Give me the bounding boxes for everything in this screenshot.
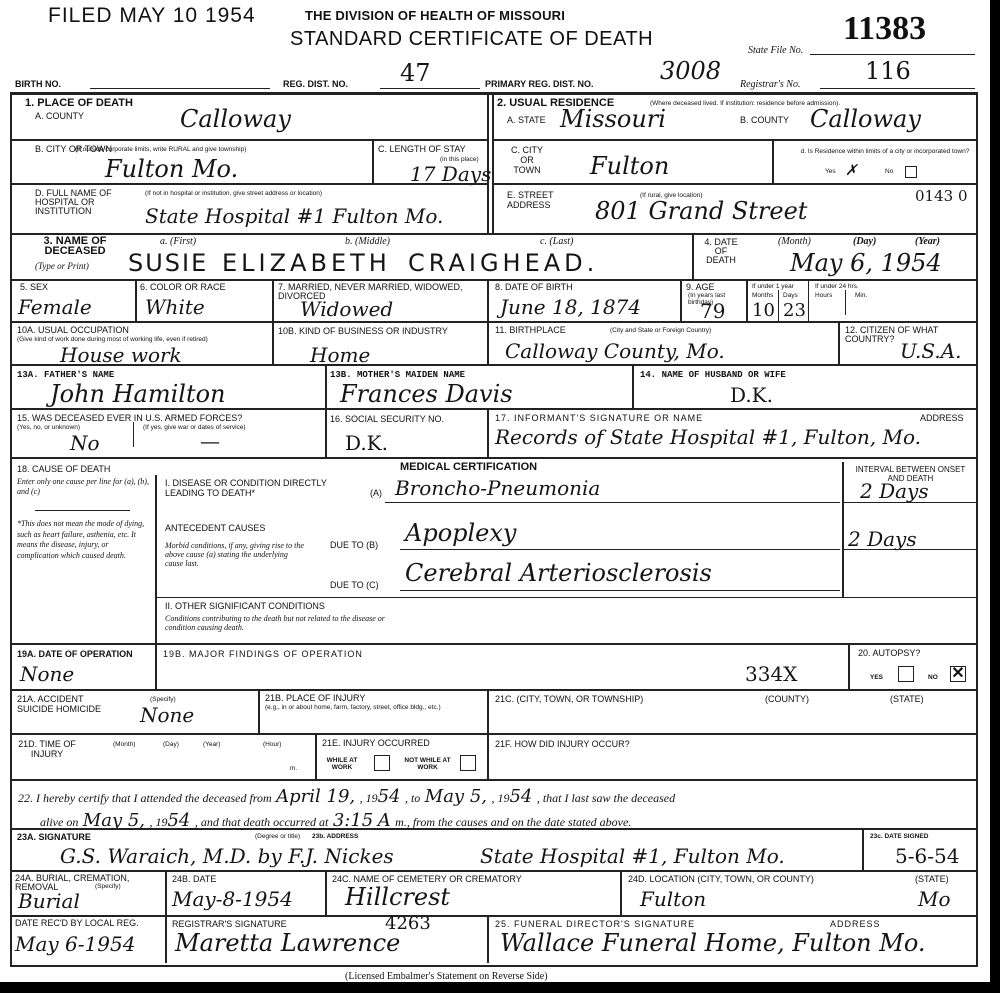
dod-day-label: (Day) — [853, 237, 876, 246]
min-label: Min. — [855, 292, 867, 299]
reg-dist-label: REG. DIST. NO. — [283, 80, 348, 89]
divider — [380, 88, 480, 89]
hospital-name: State Hospital #1 Fulton Mo. — [145, 205, 443, 227]
antecedent-label: ANTECEDENT CAUSES — [165, 524, 265, 533]
not-at-work-checkbox[interactable] — [460, 755, 476, 771]
first-name: SUSIE — [128, 252, 208, 274]
medical-cert-label: MEDICAL CERTIFICATION — [400, 463, 537, 472]
armed-forces-label: 15. WAS DECEASED EVER IN U.S. ARMED FORC… — [17, 414, 242, 423]
attended-to-year: 54 — [509, 786, 532, 807]
divider — [820, 88, 975, 89]
yes-label: Yes — [825, 168, 836, 175]
cert-text: 22. I hereby certify that I attended the… — [18, 791, 272, 805]
divider — [12, 279, 976, 281]
race: White — [145, 296, 205, 318]
frame-bottom — [10, 965, 978, 967]
divider — [385, 502, 840, 503]
date-signed-label: 23c. DATE SIGNED — [870, 833, 928, 840]
divider — [810, 54, 975, 55]
divider — [272, 321, 274, 364]
res-state: Missouri — [560, 108, 666, 130]
divider — [487, 321, 489, 364]
accident-specify-label: (Specify) — [150, 696, 176, 703]
business-label: 10b. KIND OF BUSINESS OR INDUSTRY — [278, 326, 478, 336]
name-label: 3. NAME OF DECEASED — [25, 236, 125, 256]
funeral-director: Wallace Funeral Home, Fulton Mo. — [500, 932, 925, 954]
divider — [632, 364, 634, 408]
length-of-stay: 17 Days — [410, 163, 491, 185]
registrar-no-value: 116 — [865, 60, 911, 82]
occupation-label: 10a. USUAL OCCUPATION — [17, 326, 129, 335]
mother-label: 13b. MOTHER'S MAIDEN NAME — [330, 371, 465, 380]
divider — [692, 233, 694, 280]
divider — [12, 689, 976, 691]
cert-text: , that I last saw the deceased — [537, 791, 675, 805]
name-note: (Type or Print) — [35, 262, 89, 271]
divider — [12, 321, 976, 323]
classification-code: 334X — [745, 663, 797, 685]
divider — [492, 95, 494, 235]
divider — [12, 183, 487, 185]
date-of-death: May 6, 1954 — [790, 252, 942, 274]
date-of-birth: June 18, 1874 — [500, 296, 641, 318]
age-days: 23 — [783, 300, 806, 322]
divider — [35, 510, 130, 511]
divider — [838, 321, 840, 364]
primary-reg-dist-value: 3008 — [660, 60, 721, 82]
divider — [258, 689, 260, 733]
funeral-director-address-label: ADDRESS — [830, 920, 881, 929]
divider — [845, 290, 846, 315]
registrar-code: 4263 — [385, 913, 431, 935]
cause-c: Cerebral Arteriosclerosis — [405, 562, 712, 584]
injury-occurred-label: 21e. INJURY OCCURRED — [322, 739, 430, 748]
informant: Records of State Hospital #1, Fulton, Mo… — [495, 426, 921, 448]
divider — [778, 290, 779, 321]
divider — [12, 364, 976, 366]
occupation-note: (Give kind of work done during most of w… — [17, 336, 262, 343]
hospital-note: (If not in hospital or institution, give… — [145, 190, 322, 197]
cert-address: State Hospital #1, Fulton Mo. — [480, 845, 785, 867]
location-label: 24d. LOCATION (City, town, or county) — [628, 875, 814, 884]
funeral-director-label: 25. FUNERAL DIRECTOR'S SIGNATURE — [495, 920, 695, 929]
informant-address-label: ADDRESS — [920, 414, 964, 423]
sex-label: 5. SEX — [20, 283, 48, 292]
cert-text: , 19 — [491, 791, 509, 805]
divider — [325, 870, 327, 915]
cert-text: alive on — [40, 815, 78, 829]
attended-from-date: April 19, — [276, 786, 355, 807]
attended-from-year: 54 — [378, 786, 401, 807]
physician-signature: G.S. Waraich, M.D. by F.J. Nickes — [60, 845, 394, 867]
divider — [12, 870, 976, 872]
accident-type: None — [140, 704, 194, 726]
divider — [155, 643, 157, 690]
birthplace-note: (City and State or Foreign Country) — [610, 327, 711, 334]
cause-footnote: *This does not mean the mode of dying, s… — [17, 519, 152, 561]
birthplace: Calloway County, Mo. — [505, 340, 725, 362]
age-label: 9. AGE — [686, 283, 715, 292]
divider — [848, 643, 850, 690]
divider — [12, 915, 976, 917]
divider — [808, 279, 809, 321]
burial-state-label: (State) — [915, 875, 949, 884]
ssn: D.K. — [345, 432, 388, 454]
part2-note: Conditions contributing to the death but… — [165, 614, 395, 632]
document-title: STANDARD CERTIFICATE OF DEATH — [290, 28, 653, 51]
divider — [842, 502, 976, 503]
cause-b: Apoplexy — [405, 522, 516, 544]
divider — [272, 279, 274, 321]
cert-text: , 19 — [360, 791, 378, 805]
frame-right — [976, 92, 978, 967]
date-of-death-label: 4. DATE OF DEATH — [700, 238, 742, 265]
divider — [400, 549, 840, 550]
accident-label: 21a. ACCIDENT SUICIDE HOMICIDE — [17, 694, 117, 714]
cause-a-label: (a) — [370, 489, 382, 498]
injury-county-label: (COUNTY) — [765, 695, 809, 704]
county-label: a. COUNTY — [35, 112, 84, 121]
divider — [620, 870, 622, 915]
armed-forces: No — [70, 432, 100, 454]
injury-place-label: 21b. PLACE OF INJURY — [265, 694, 365, 703]
registrar-signature-label: REGISTRAR'S SIGNATURE — [172, 920, 287, 929]
burial-state: Mo — [918, 888, 951, 910]
father-name: John Hamilton — [50, 383, 226, 405]
race-label: 6. COLOR OR RACE — [140, 283, 226, 292]
armed-forces-note: (Yes, no, or unknown) — [17, 424, 80, 431]
frame-top — [10, 92, 978, 95]
signature-label: 23a. SIGNATURE — [17, 833, 91, 842]
middle-name: ELIZABETH — [222, 252, 391, 274]
autopsy-yes-label: YES — [870, 674, 883, 681]
divider — [400, 590, 840, 591]
divider — [155, 597, 976, 598]
age-months: 10 — [752, 300, 775, 322]
divider — [12, 828, 976, 830]
dod-month-label: (Month) — [778, 237, 811, 246]
burial-date-label: 24b. DATE — [172, 875, 216, 884]
death-certificate: FILED MAY 10 1954 THE DIVISION OF HEALTH… — [0, 0, 990, 993]
disposition-note: (Specify) — [95, 883, 121, 890]
hours-label: Hours — [815, 292, 832, 299]
informant-label: 17. INFORMANT'S SIGNATURE OR NAME — [495, 414, 703, 423]
rec-date: May 6-1954 — [15, 933, 135, 955]
death-county: Calloway — [180, 108, 291, 130]
birth-no-line — [90, 88, 270, 89]
injury-hour-label: (Hour) — [263, 741, 281, 748]
interval-a: 2 Days — [860, 480, 929, 502]
death-city: Fulton Mo. — [105, 158, 238, 180]
registrar-no-label: Registrar's No. — [740, 79, 800, 90]
no-label: No — [885, 168, 893, 175]
cause-note: Enter only one cause per line for (a), (… — [17, 477, 152, 497]
armed-forces-service: — — [200, 430, 220, 452]
injury-day-label: (Day) — [163, 741, 179, 748]
divider — [155, 475, 157, 645]
operation-date: None — [20, 663, 74, 685]
res-state-label: a. STATE — [507, 116, 546, 125]
divider — [12, 733, 976, 735]
divider — [12, 408, 976, 410]
at-work-label: WHILE AT WORK — [322, 757, 362, 771]
business: Home — [310, 344, 370, 366]
injury-year-label: (Year) — [203, 741, 220, 748]
divider — [372, 139, 374, 183]
months-label: Months — [752, 292, 773, 299]
within-limits-no-checkbox[interactable] — [905, 166, 917, 178]
age-years: 79 — [700, 300, 725, 322]
dob-label: 8. DATE OF BIRTH — [495, 283, 573, 292]
frame-left — [10, 92, 12, 967]
divider — [315, 733, 317, 779]
divider — [325, 408, 327, 458]
cemetery: Hillcrest — [345, 886, 450, 908]
divider — [135, 279, 137, 321]
divider — [492, 183, 976, 185]
citizenship: U.S.A. — [900, 340, 962, 362]
within-limits-yes-mark: ✗ — [845, 161, 858, 179]
ssn-label: 16. SOCIAL SECURITY NO. — [330, 414, 480, 424]
antecedent-note: Morbid conditions, if any, giving rise t… — [165, 541, 305, 568]
divider — [487, 915, 489, 963]
hospital-label: d. FULL NAME OF HOSPITAL OR INSTITUTION — [35, 189, 145, 216]
autopsy-label: 20. AUTOPSY? — [858, 649, 920, 658]
injury-m-label: m. — [290, 765, 297, 772]
interval-b: 2 Days — [848, 528, 917, 550]
cert-text: , 19 — [149, 815, 167, 829]
divider — [842, 549, 976, 550]
first-name-label: a. (First) — [160, 237, 196, 246]
res-county-label: b. COUNTY — [740, 116, 789, 125]
birth-no-label: BIRTH NO. — [15, 80, 61, 89]
cert-address-label: 23b. ADDRESS — [312, 833, 358, 840]
divider — [842, 462, 844, 597]
injury-time-label: 21d. TIME OF INJURY — [17, 739, 77, 759]
due-to-c-label: DUE TO (c) — [330, 581, 379, 590]
reverse-side-note: (Licensed Embalmer's Statement on Revers… — [345, 971, 548, 982]
days-label: Days — [783, 292, 798, 299]
autopsy-no-checkbox-checked[interactable]: ✕ — [950, 666, 966, 682]
spouse-name: D.K. — [730, 384, 773, 406]
degree-label: (Degree or title) — [255, 833, 300, 840]
scan-border-right — [990, 0, 1000, 993]
burial-location: Fulton — [640, 888, 706, 910]
father-label: 13a. FATHER'S NAME — [17, 371, 114, 380]
last-name: CRAIGHEAD. — [408, 252, 598, 274]
place-of-death-label: 1. PLACE OF DEATH — [25, 99, 133, 108]
divider — [492, 139, 976, 141]
operation-date-label: 19a. DATE OF OPERATION — [17, 650, 133, 659]
marital-status: Widowed — [300, 298, 393, 320]
birthplace-label: 11. BIRTHPLACE — [495, 326, 566, 335]
at-work-checkbox[interactable] — [374, 755, 390, 771]
divider — [12, 139, 487, 141]
agency-title: THE DIVISION OF HEALTH OF MISSOURI — [305, 8, 565, 23]
certification-line-1: 22. I hereby certify that I attended the… — [18, 786, 973, 808]
scan-border-bottom — [0, 982, 990, 993]
injury-how-label: 21f. HOW DID INJURY OCCUR? — [495, 740, 630, 749]
registrar-signature: Maretta Lawrence — [175, 932, 400, 954]
middle-name-label: b. (Middle) — [345, 237, 390, 246]
divider — [680, 279, 682, 321]
under-1-year-label: If under 1 year — [752, 283, 794, 290]
injury-month-label: (Month) — [113, 741, 135, 748]
state-file-no-label: State File No. — [748, 45, 803, 56]
divider — [487, 279, 489, 321]
mother-name: Frances Davis — [340, 383, 513, 405]
part2-label: II. OTHER SIGNIFICANT CONDITIONS — [165, 602, 325, 611]
street-label: e. STREET ADDRESS — [507, 190, 567, 210]
rec-date-label: DATE REC'D BY LOCAL REG. — [15, 919, 160, 928]
cert-text: , and that death occurred at — [195, 815, 329, 829]
cert-text: m., from the causes and on the date stat… — [395, 815, 631, 829]
reg-dist-value: 47 — [400, 62, 431, 84]
last-name-label: c. (Last) — [540, 237, 573, 246]
autopsy-yes-checkbox[interactable] — [898, 666, 914, 682]
state-file-number: 11383 — [843, 10, 926, 48]
sex: Female — [18, 296, 92, 318]
attended-to-date: May 5, — [425, 786, 487, 807]
within-limits-label: d. Is Residence within limits of a city … — [800, 148, 970, 155]
armed-forces-service-note: (If yes, give war or dates of service) — [143, 424, 246, 431]
operation-findings-label: 19b. MAJOR FINDINGS OF OPERATION — [163, 650, 363, 659]
burial-date: May-8-1954 — [172, 888, 293, 910]
divider — [772, 139, 774, 183]
cause-a: Broncho-Pneumonia — [395, 477, 600, 499]
spouse-label: 14. NAME OF HUSBAND OR WIFE — [640, 371, 786, 380]
under-24-hrs-label: If under 24 hrs. — [815, 283, 859, 290]
cause-label: 18. CAUSE OF DEATH — [17, 465, 110, 474]
divider — [325, 364, 327, 408]
city-note: (If outside corporate limits, write RURA… — [75, 146, 365, 153]
injury-city-label: 21c. (CITY, TOWN, OR TOWNSHIP) — [495, 695, 643, 704]
margin-note: 0143 0 — [915, 185, 968, 207]
divider — [12, 233, 976, 235]
autopsy-no-label: NO — [928, 674, 938, 681]
occupation: House work — [60, 344, 182, 366]
divider — [862, 828, 864, 870]
divider — [12, 779, 976, 781]
res-city: Fulton — [590, 155, 669, 177]
dod-year-label: (Year) — [915, 237, 940, 246]
stay-label: c. LENGTH OF STAY — [378, 145, 466, 154]
street-address: 801 Grand Street — [595, 200, 807, 222]
divider — [487, 408, 489, 458]
part1-label: I. DISEASE OR CONDITION DIRECTLY LEADING… — [165, 478, 365, 498]
primary-reg-dist-label: PRIMARY REG. DIST. NO. — [485, 80, 594, 89]
injury-place-note: (e.g., in or about home, farm, factory, … — [265, 704, 485, 711]
not-at-work-label: NOT WHILE AT WORK — [400, 757, 455, 771]
res-county: Calloway — [810, 108, 921, 130]
disposition: Burial — [18, 890, 80, 912]
date-signed: 5-6-54 — [895, 845, 959, 867]
res-city-label: c. CITY OR TOWN — [507, 145, 547, 175]
cert-text: , to — [405, 791, 420, 805]
injury-state-label: (STATE) — [890, 695, 924, 704]
filed-stamp: FILED MAY 10 1954 — [48, 4, 256, 28]
divider — [12, 457, 976, 459]
divider — [746, 279, 748, 321]
due-to-b-label: DUE TO (b) — [330, 541, 378, 550]
divider — [133, 422, 134, 447]
